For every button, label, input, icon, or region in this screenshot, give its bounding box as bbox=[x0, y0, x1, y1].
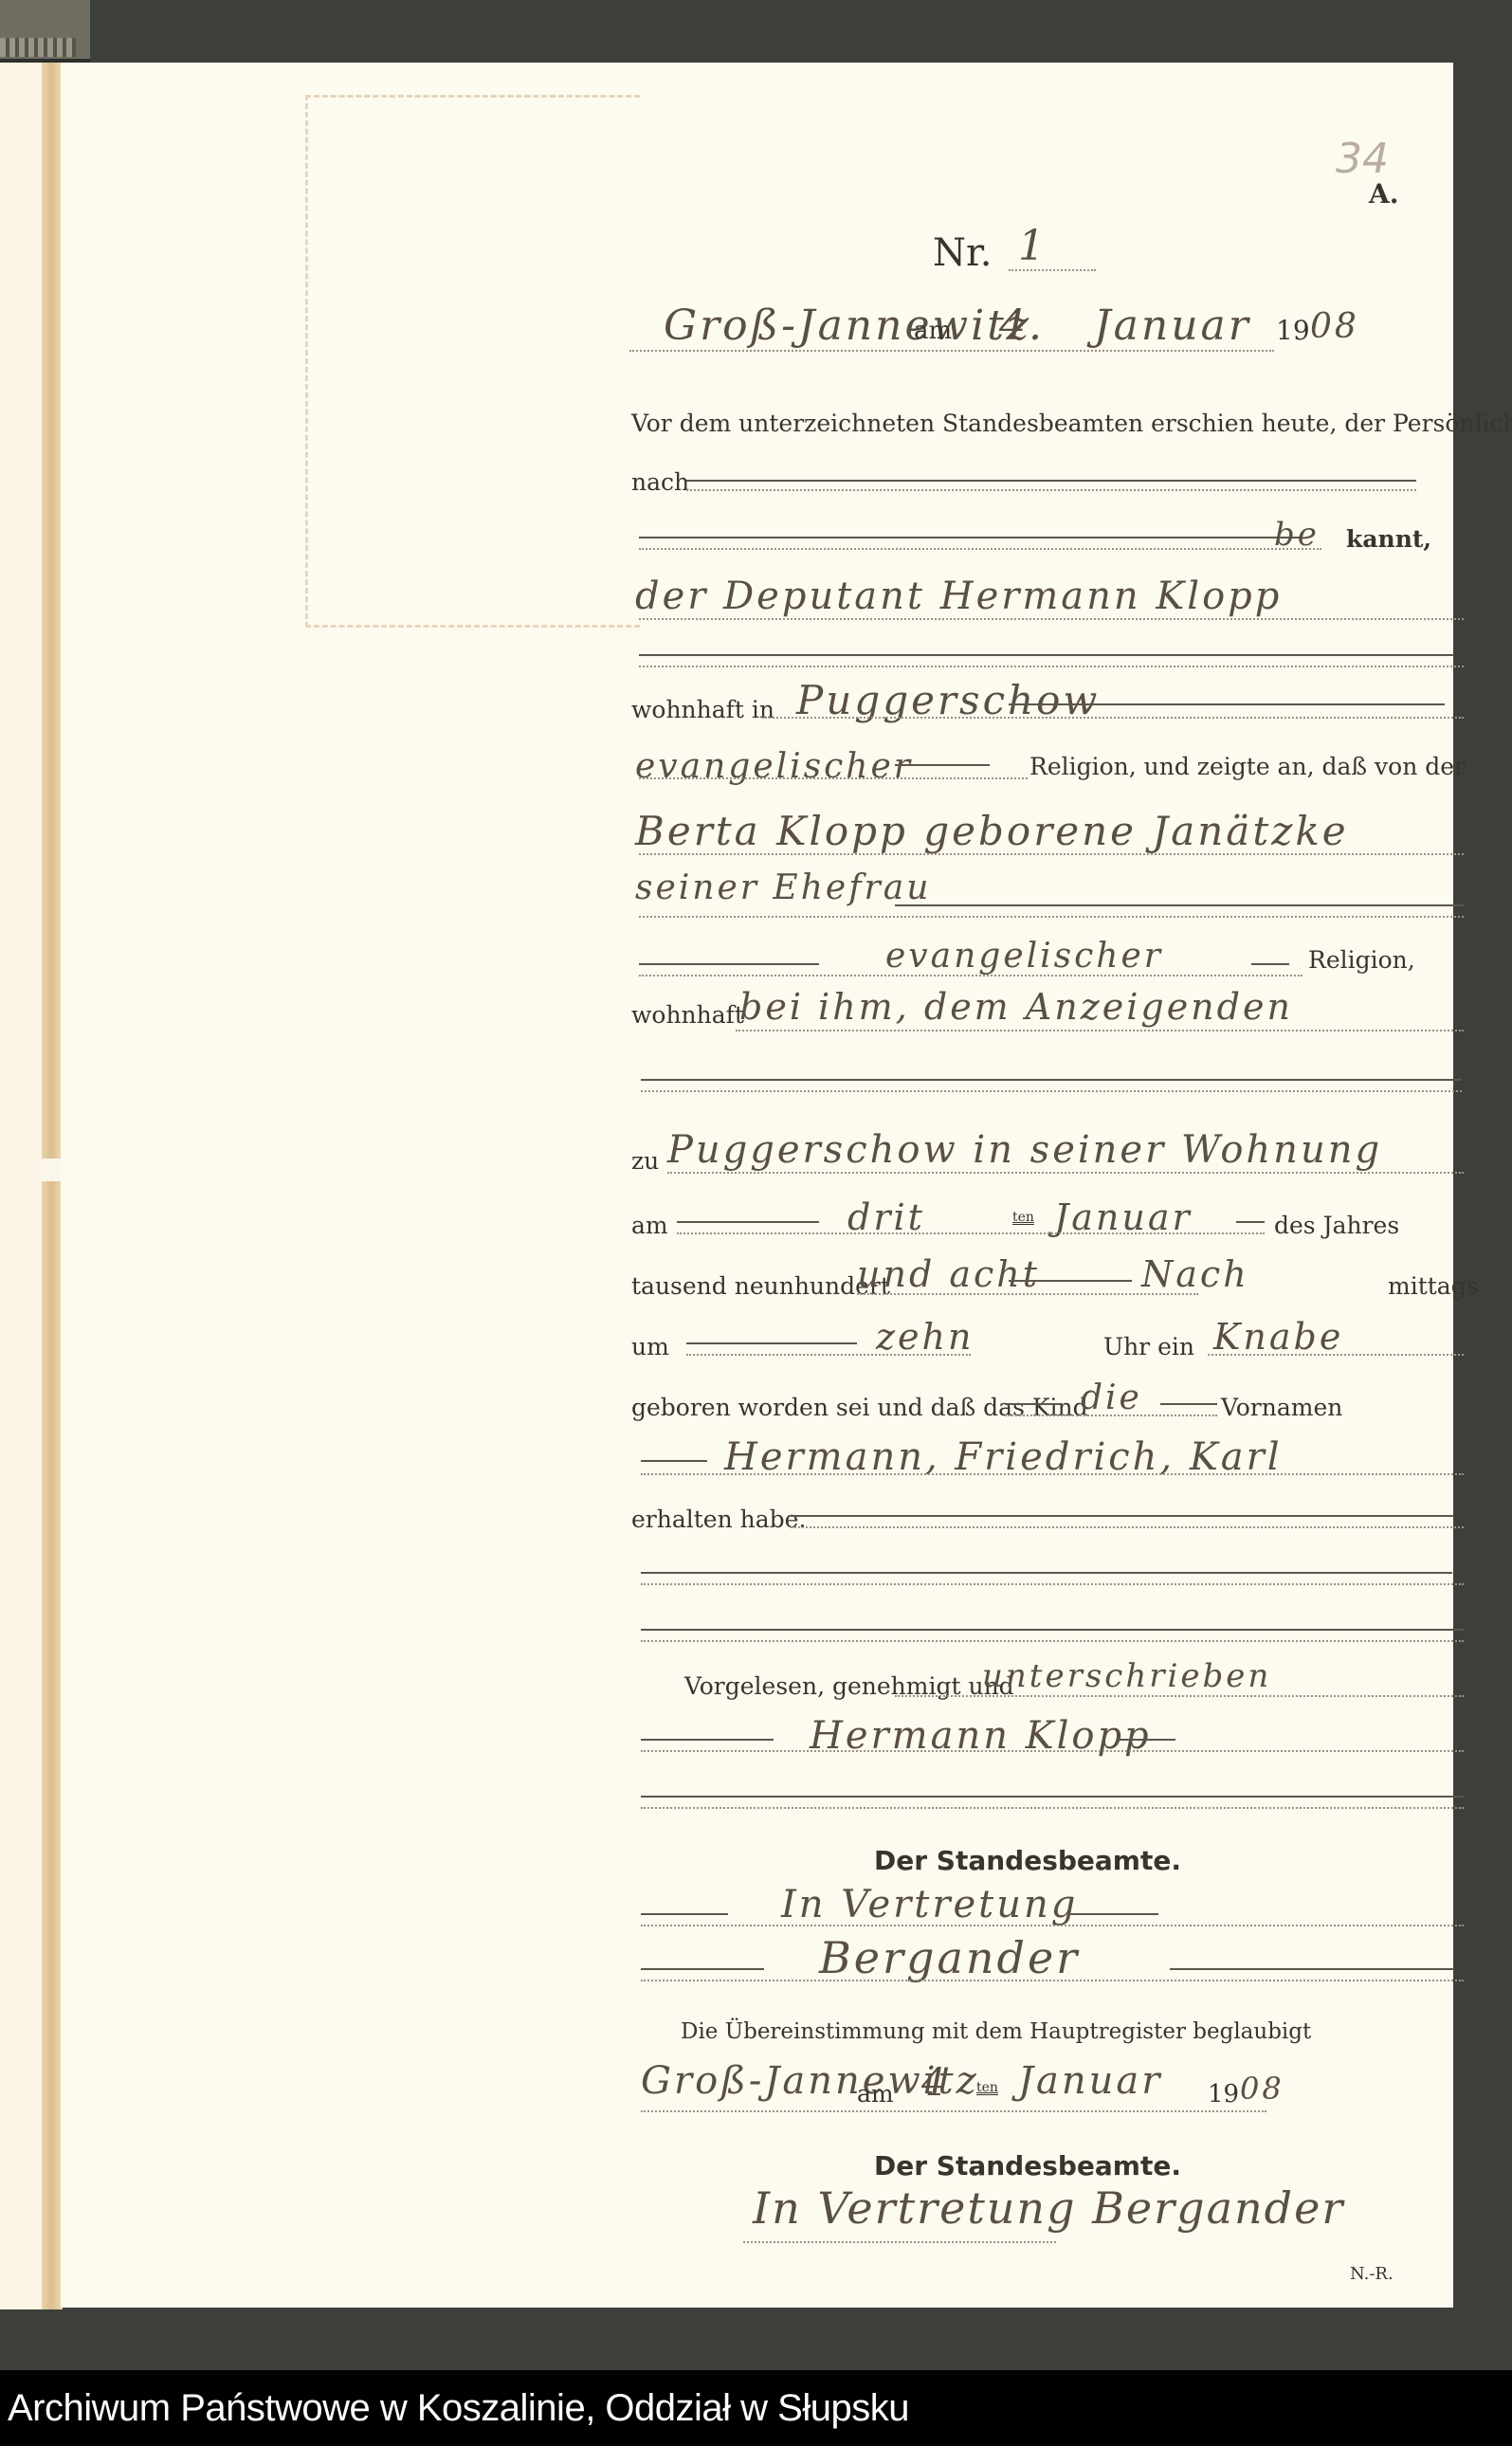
cert-year-prefix: 19 bbox=[1208, 2080, 1239, 2108]
religion-father-hand: evangelischer bbox=[635, 747, 913, 786]
book-spine bbox=[42, 63, 63, 2309]
ein-hand: die bbox=[1081, 1378, 1142, 1417]
archive-caption-band: Archiwum Państwowe w Koszalinie, Oddział… bbox=[0, 2370, 1512, 2446]
printer-mark: N.-R. bbox=[1350, 2264, 1394, 2284]
form-letter: A. bbox=[1369, 178, 1398, 210]
folio-number: 34 bbox=[1336, 135, 1389, 183]
vornamen-label: Vornamen bbox=[1221, 1394, 1342, 1421]
bekannt-hand: be bbox=[1274, 516, 1320, 554]
religion-intro-text: Religion, und zeigte an, daß von der bbox=[1029, 753, 1466, 780]
year-suffix-hand: 08 bbox=[1310, 307, 1359, 346]
cert-am-label: am bbox=[857, 2080, 894, 2108]
cert-ten-suffix: ten bbox=[976, 2080, 998, 2095]
religion-mother-hand: evangelischer bbox=[885, 937, 1163, 976]
vertretung-hand: In Vertretung bbox=[781, 1883, 1078, 1926]
unterschrieben-hand: unterschrieben bbox=[982, 1657, 1271, 1695]
mittags-label: mittags bbox=[1388, 1272, 1479, 1300]
bekannt-label: kannt, bbox=[1346, 525, 1431, 553]
wohnhaft-label: wohnhaft bbox=[631, 1001, 744, 1029]
uhr-ein-label: Uhr ein bbox=[1103, 1333, 1194, 1360]
date-month-hand: Januar bbox=[1094, 301, 1251, 350]
date-day-hand: 4. bbox=[999, 301, 1045, 350]
place-hand: Groß-Jannewitz bbox=[664, 301, 1031, 350]
entry-number: 1 bbox=[1018, 222, 1047, 270]
cert-month-hand: Januar bbox=[1018, 2059, 1162, 2103]
official-title-cert: Der Standesbeamte. bbox=[874, 2150, 1181, 2181]
um-label: um bbox=[631, 1333, 669, 1360]
mother-hand: Berta Klopp geborene Janätzke bbox=[635, 808, 1349, 854]
archive-caption: Archiwum Państwowe w Koszalinie, Oddział… bbox=[8, 2387, 909, 2430]
tausend-label: tausend neunhundert bbox=[631, 1272, 890, 1300]
birthplace-hand: Puggerschow in seiner Wohnung bbox=[667, 1128, 1382, 1172]
stain-mark bbox=[305, 95, 640, 628]
cert-signature-hand: In Vertretung Bergander bbox=[753, 2182, 1344, 2234]
intro-text: Vor dem unterzeichneten Standesbeamten e… bbox=[631, 410, 1512, 437]
year-words-hand: und acht bbox=[857, 1253, 1040, 1295]
geboren-text: geboren worden sei und daß das Kind bbox=[631, 1394, 1088, 1421]
official-signature-hand: Bergander bbox=[819, 1932, 1080, 1983]
mother-relation-hand: seiner Ehefrau bbox=[635, 868, 931, 907]
entry-number-label: Nr. bbox=[933, 231, 992, 275]
mother-residence-hand: bei ihm, dem Anzeigenden bbox=[739, 986, 1293, 1028]
sex-hand: Knabe bbox=[1213, 1316, 1343, 1358]
ten-suffix: ten bbox=[1012, 1210, 1034, 1225]
register-page: 34 A. Nr. 1 Groß-Jannewitz am 4. Januar … bbox=[61, 63, 1453, 2308]
midday-hand: Nach bbox=[1141, 1253, 1249, 1295]
year-prefix: 19 bbox=[1276, 315, 1310, 346]
hour-hand: zehn bbox=[876, 1316, 974, 1358]
binding-clip bbox=[0, 0, 90, 63]
am-label-birth: am bbox=[631, 1212, 668, 1239]
religion-label: Religion, bbox=[1308, 946, 1415, 974]
certification-text: Die Übereinstimmung mit dem Hauptregiste… bbox=[681, 2019, 1311, 2044]
am-label: am bbox=[914, 317, 952, 345]
cert-day-hand: 4 bbox=[921, 2061, 948, 2105]
informant-hand: der Deputant Hermann Klopp bbox=[635, 575, 1282, 618]
official-title: Der Standesbeamte. bbox=[874, 1845, 1181, 1876]
wohnhaft-in-label: wohnhaft in bbox=[631, 696, 774, 723]
zu-label: zu bbox=[631, 1147, 659, 1175]
previous-page-edge bbox=[0, 63, 46, 2309]
cert-year-suffix-hand: 08 bbox=[1240, 2071, 1284, 2107]
nach-label: nach bbox=[631, 468, 689, 496]
des-jahres-label: des Jahres bbox=[1274, 1212, 1399, 1239]
erhalten-text: erhalten habe. bbox=[631, 1506, 806, 1533]
